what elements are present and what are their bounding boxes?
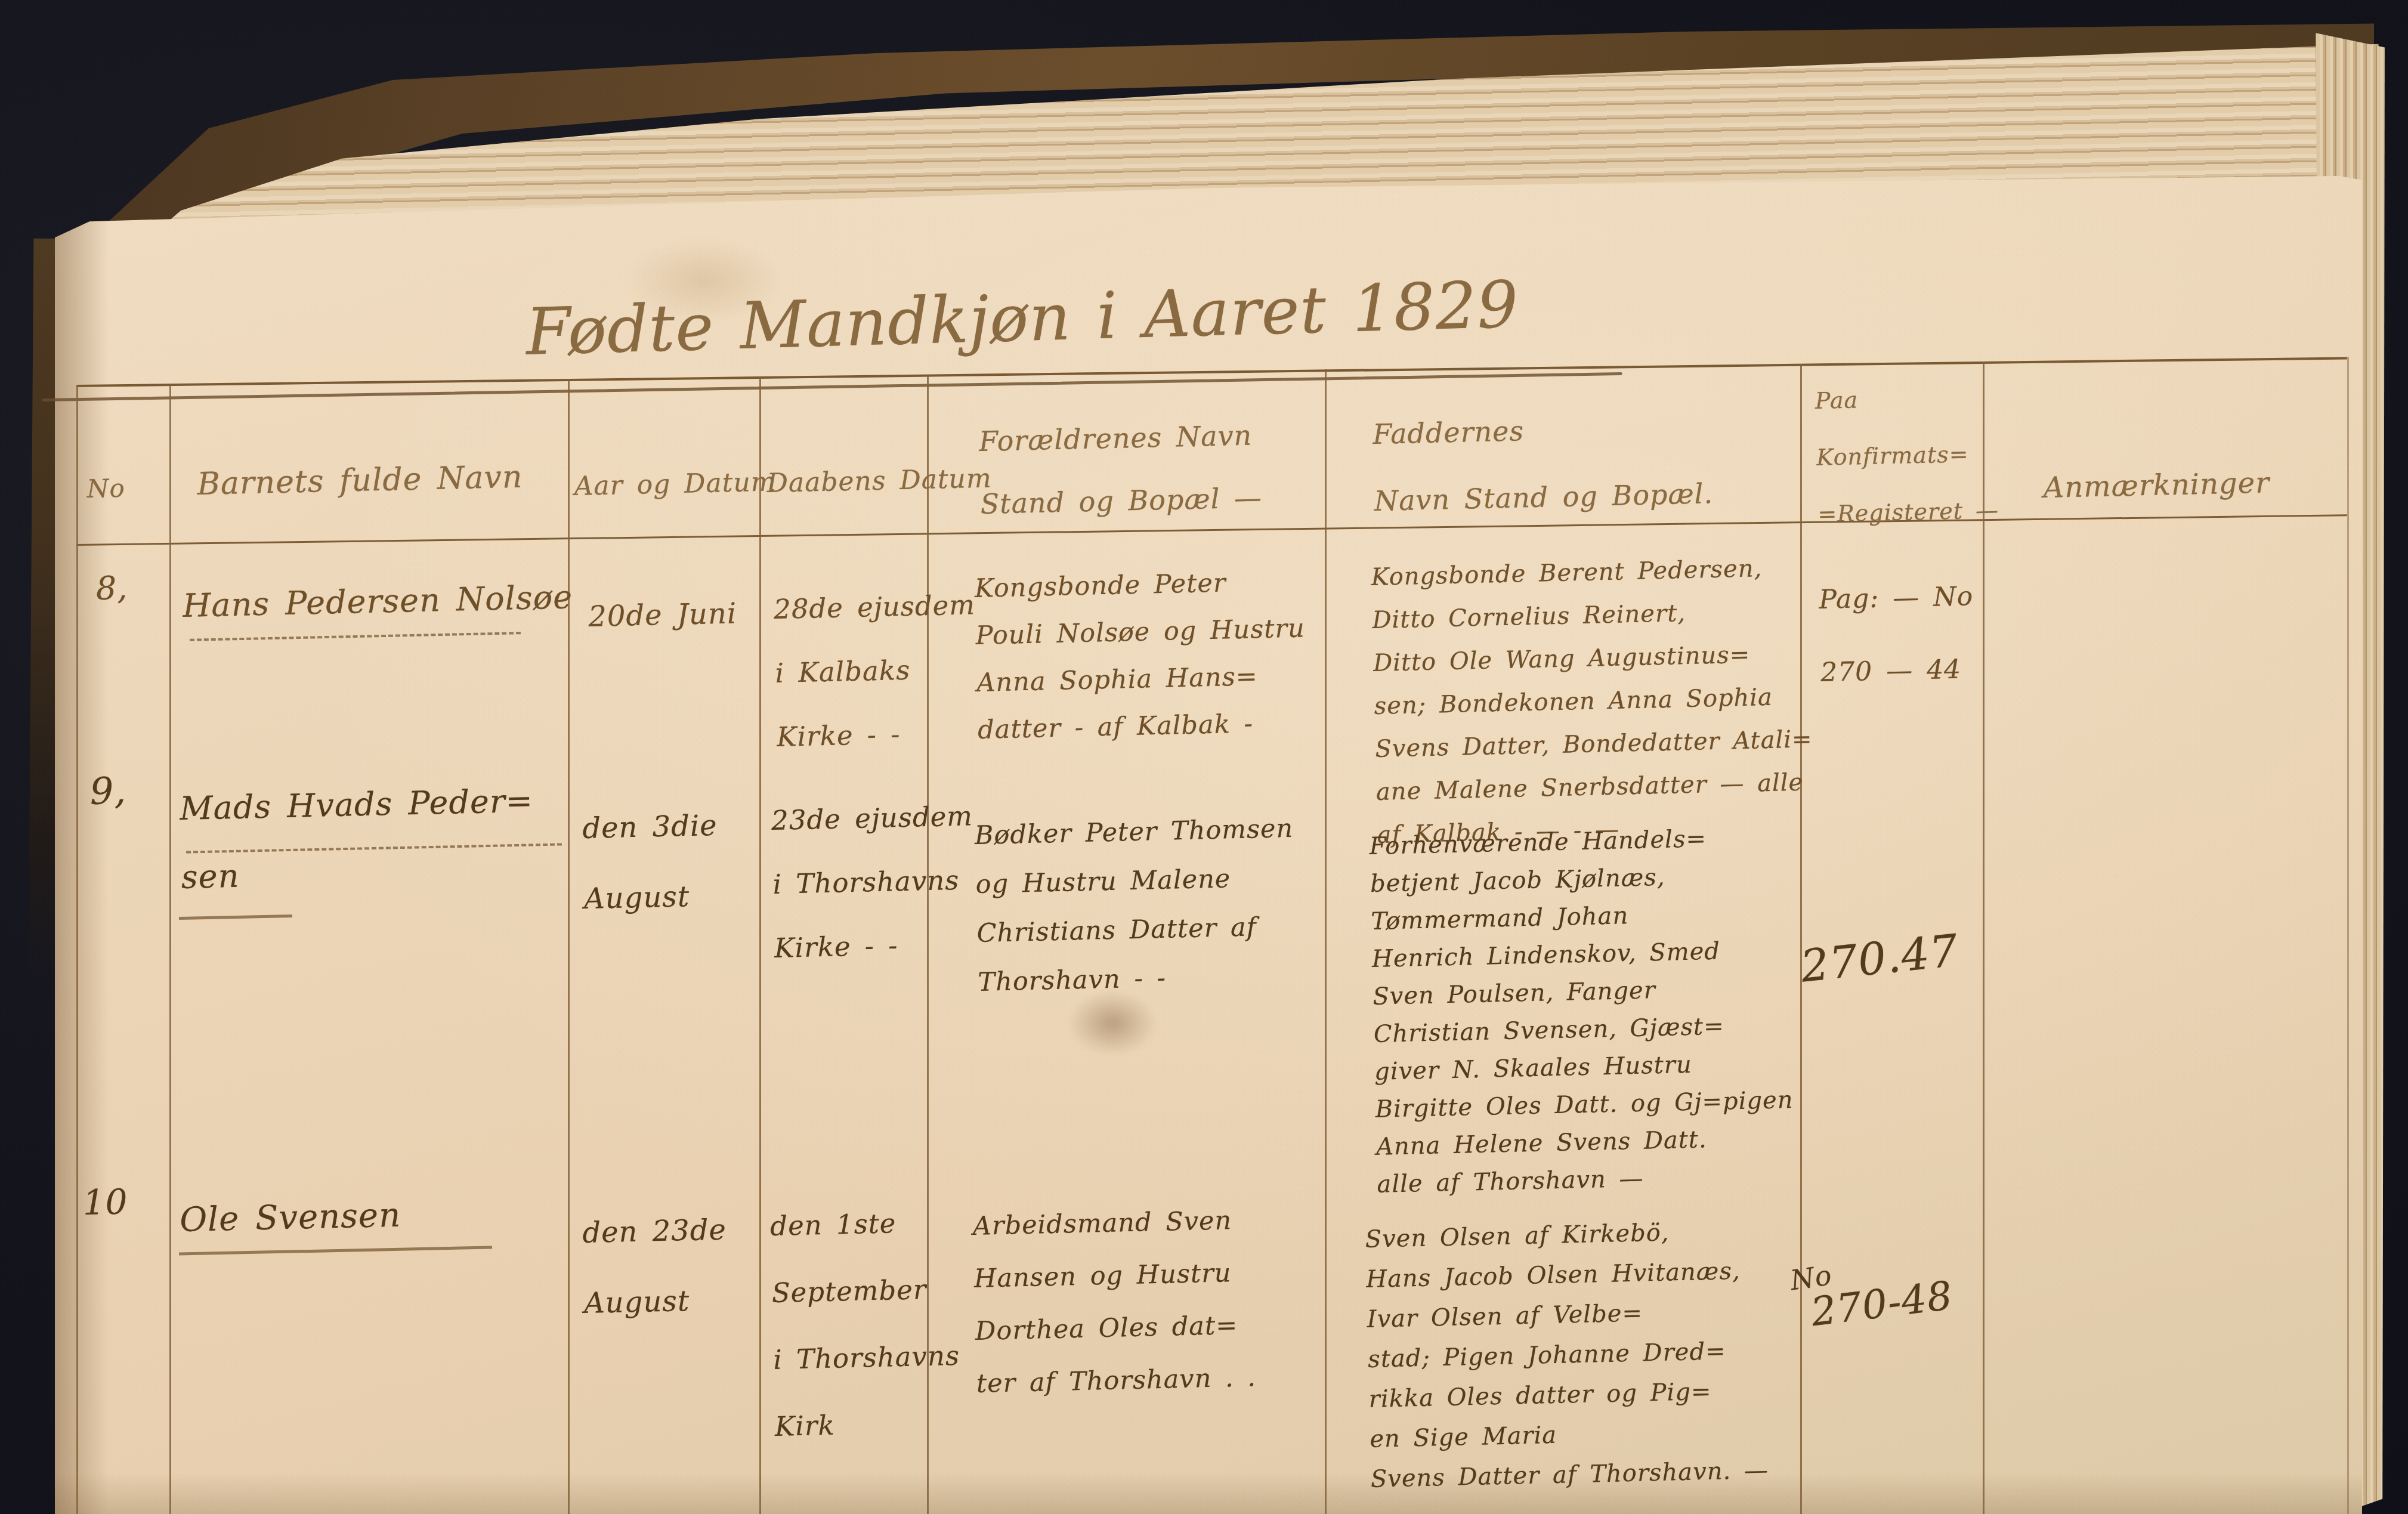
- col-header-parents: Forældrenes NavnStand og Bopæl —: [978, 404, 1263, 536]
- entry-9-child-name: Mads Hvads Peder=sen: [179, 767, 536, 912]
- col-header-godparents: FaddernesNavn Stand og Bopæl.: [1372, 393, 1714, 534]
- col-header-no: No: [86, 474, 125, 503]
- entry-10-baptism-date: den 1steSeptemberi ThorshavnsKirk: [769, 1189, 962, 1460]
- column-line: [76, 385, 78, 1514]
- entry-10-godparents: Sven Olsen af Kirkebö,Hans Jacob Olsen H…: [1365, 1211, 1769, 1500]
- column-line: [568, 379, 570, 1514]
- entry-10-child-name: Ole Svensen: [179, 1181, 401, 1255]
- column-line: [1800, 364, 1802, 1514]
- entry-8-baptism-date: 28de ejusdemi KalbaksKirke - -: [773, 573, 979, 769]
- entry-9-baptism-date: 23de ejusdemi ThorshavnsKirke - -: [771, 784, 976, 980]
- entry-8-birth-date: 20de Juni: [588, 578, 738, 652]
- entry-8-number: 8,: [95, 569, 128, 607]
- col-header-birth-date: Aar og Datum: [574, 466, 777, 502]
- scanned-ledger-photo: Fødte Mandkjøn i Aaret 1829 No Barnets f…: [0, 0, 2408, 1514]
- entry-8-register-ref: Pag: — No270 — 44: [1818, 560, 1976, 709]
- entry-10-birth-date: den 23deAugust: [582, 1195, 729, 1339]
- entry-9-parents: Bødker Peter Thomsenog Hustru MaleneChri…: [974, 804, 1297, 1007]
- entry-9-birth-date: den 3dieAugust: [582, 790, 720, 934]
- page-shadow-left: [55, 176, 109, 1514]
- col-header-child-name: Barnets fulde Navn: [197, 459, 523, 502]
- entry-9-godparents: Forhenværende Handels=betjent Jacob Kjøl…: [1369, 818, 1795, 1204]
- col-header-remarks: Anmærkninger: [2043, 466, 2270, 505]
- column-line: [759, 376, 761, 1514]
- column-line: [169, 384, 171, 1514]
- column-line: [2347, 357, 2349, 1514]
- entry-10-parents: Arbeidsmand SvenHansen og HustruDorthea …: [972, 1194, 1257, 1410]
- col-header-baptism-date: Daabens Datum: [766, 463, 992, 499]
- entry-8-parents: Kongsbonde PeterPouli Nolsøe og HustruAn…: [974, 558, 1307, 753]
- entry-10-number: 10: [82, 1181, 128, 1223]
- entry-8-child-name: Hans Pedersen Nolsøe: [182, 563, 573, 640]
- column-line: [1325, 369, 1327, 1514]
- col-header-register: PaaKonfirmats==Registeret —: [1814, 369, 1999, 543]
- page-shadow-bottom: [55, 1472, 2362, 1514]
- entry-8-godparents: Kongsbonde Berent Pedersen,Ditto Corneli…: [1371, 546, 1815, 857]
- entry-9-number: 9,: [89, 769, 127, 813]
